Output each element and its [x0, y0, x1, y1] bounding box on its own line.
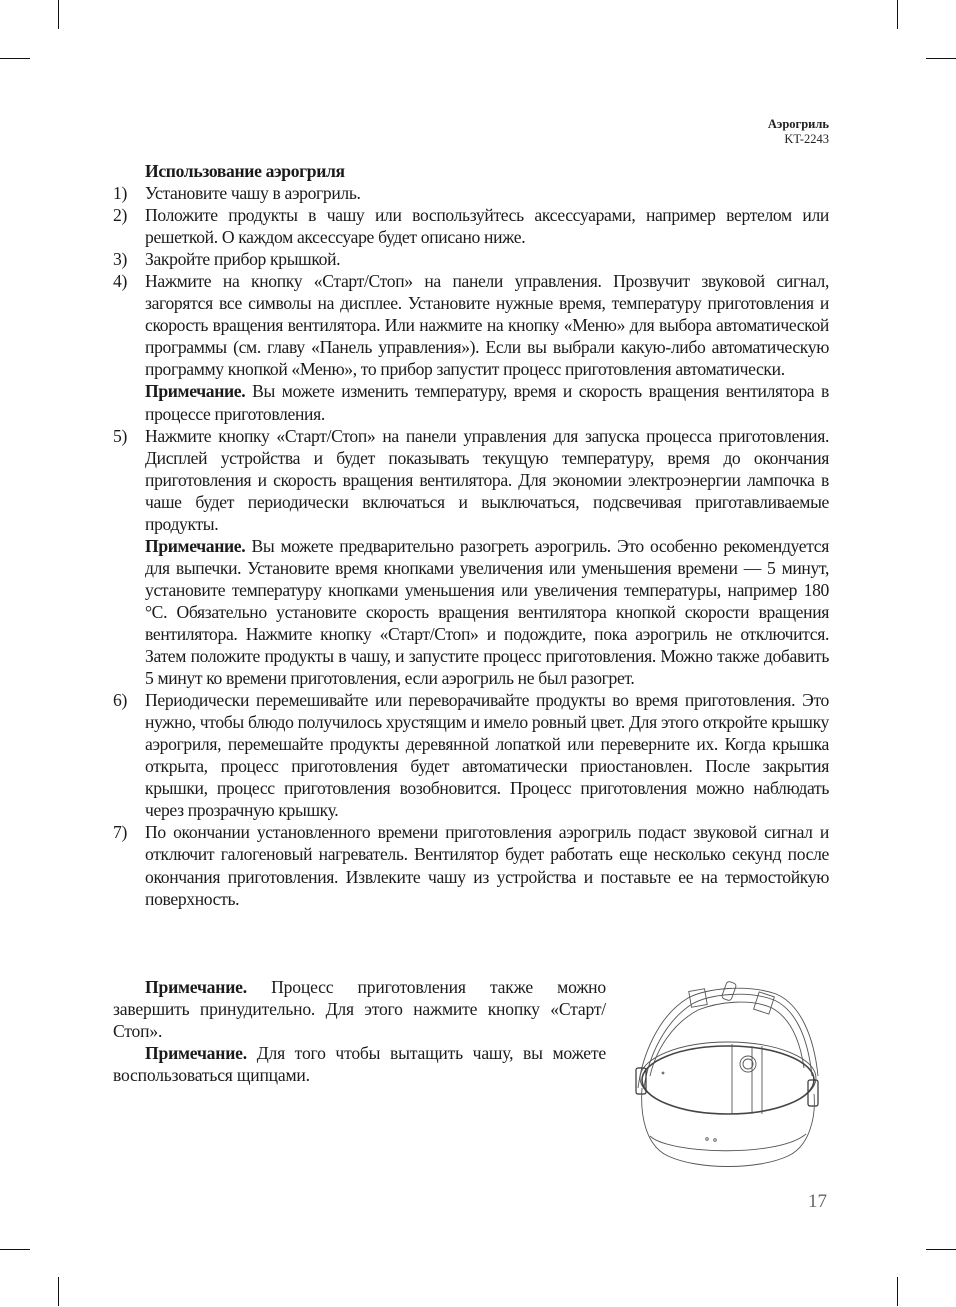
crop-mark: [926, 58, 956, 59]
step-number: 3): [113, 248, 127, 270]
final-notes: Примечание. Процесс приготовления также …: [113, 976, 606, 1086]
step-number: 6): [113, 689, 127, 711]
crop-mark: [58, 1277, 59, 1306]
usage-section: Использование аэрогриля 1) Установите ча…: [113, 160, 829, 910]
running-head: Аэрогриль KT-2243: [768, 117, 829, 147]
crop-mark: [897, 1277, 898, 1306]
note-label: Примечание.: [145, 1043, 247, 1063]
step-number: 7): [113, 821, 127, 843]
final-note-1: Примечание. Процесс приготовления также …: [113, 976, 606, 1042]
note-text: Вы можете изменить температуру, время и …: [145, 381, 829, 423]
step-note: Примечание. Вы можете изменить температу…: [145, 380, 829, 424]
step-1: 1) Установите чашу в аэрогриль.: [113, 182, 829, 204]
crop-mark: [897, 0, 898, 29]
step-text: Установите чашу в аэрогриль.: [145, 183, 361, 203]
model-number: KT-2243: [768, 132, 829, 147]
step-number: 2): [113, 204, 127, 226]
step-text: Нажмите на кнопку «Старт/Стоп» на панели…: [145, 270, 829, 380]
page-number: 17: [808, 1191, 827, 1213]
note-label: Примечание.: [145, 536, 245, 556]
step-2: 2) Положите продукты в чашу или воспольз…: [113, 204, 829, 248]
note-text: Вы можете предварительно разогреть аэрог…: [145, 536, 829, 688]
step-text: По окончании установленного времени приг…: [145, 822, 829, 908]
step-3: 3) Закройте прибор крышкой.: [113, 248, 829, 270]
airfryer-bowl-icon: [628, 976, 828, 1171]
crop-mark: [926, 1249, 956, 1250]
note-label: Примечание.: [145, 977, 247, 997]
crop-mark: [0, 58, 30, 59]
step-number: 1): [113, 182, 127, 204]
step-text: Положите продукты в чашу или воспользуйт…: [145, 205, 829, 247]
step-number: 4): [113, 270, 127, 292]
crop-mark: [0, 1249, 30, 1250]
step-7: 7) По окончании установленного времени п…: [113, 821, 829, 909]
crop-mark: [58, 0, 59, 29]
step-6: 6) Периодически перемешивайте или перево…: [113, 689, 829, 821]
section-heading: Использование аэрогриля: [113, 160, 829, 182]
final-note-2: Примечание. Для того чтобы вытащить чашу…: [113, 1042, 606, 1086]
step-text: Периодически перемешивайте или переворач…: [145, 690, 829, 820]
step-5: 5) Нажмите кнопку «Старт/Стоп» на панели…: [113, 425, 829, 690]
step-text: Нажмите кнопку «Старт/Стоп» на панели уп…: [145, 425, 829, 535]
note-label: Примечание.: [145, 381, 245, 401]
step-text: Закройте прибор крышкой.: [145, 249, 340, 269]
step-number: 5): [113, 425, 127, 447]
product-title: Аэрогриль: [768, 117, 829, 132]
step-4: 4) Нажмите на кнопку «Старт/Стоп» на пан…: [113, 270, 829, 424]
step-note: Примечание. Вы можете предварительно раз…: [145, 535, 829, 689]
